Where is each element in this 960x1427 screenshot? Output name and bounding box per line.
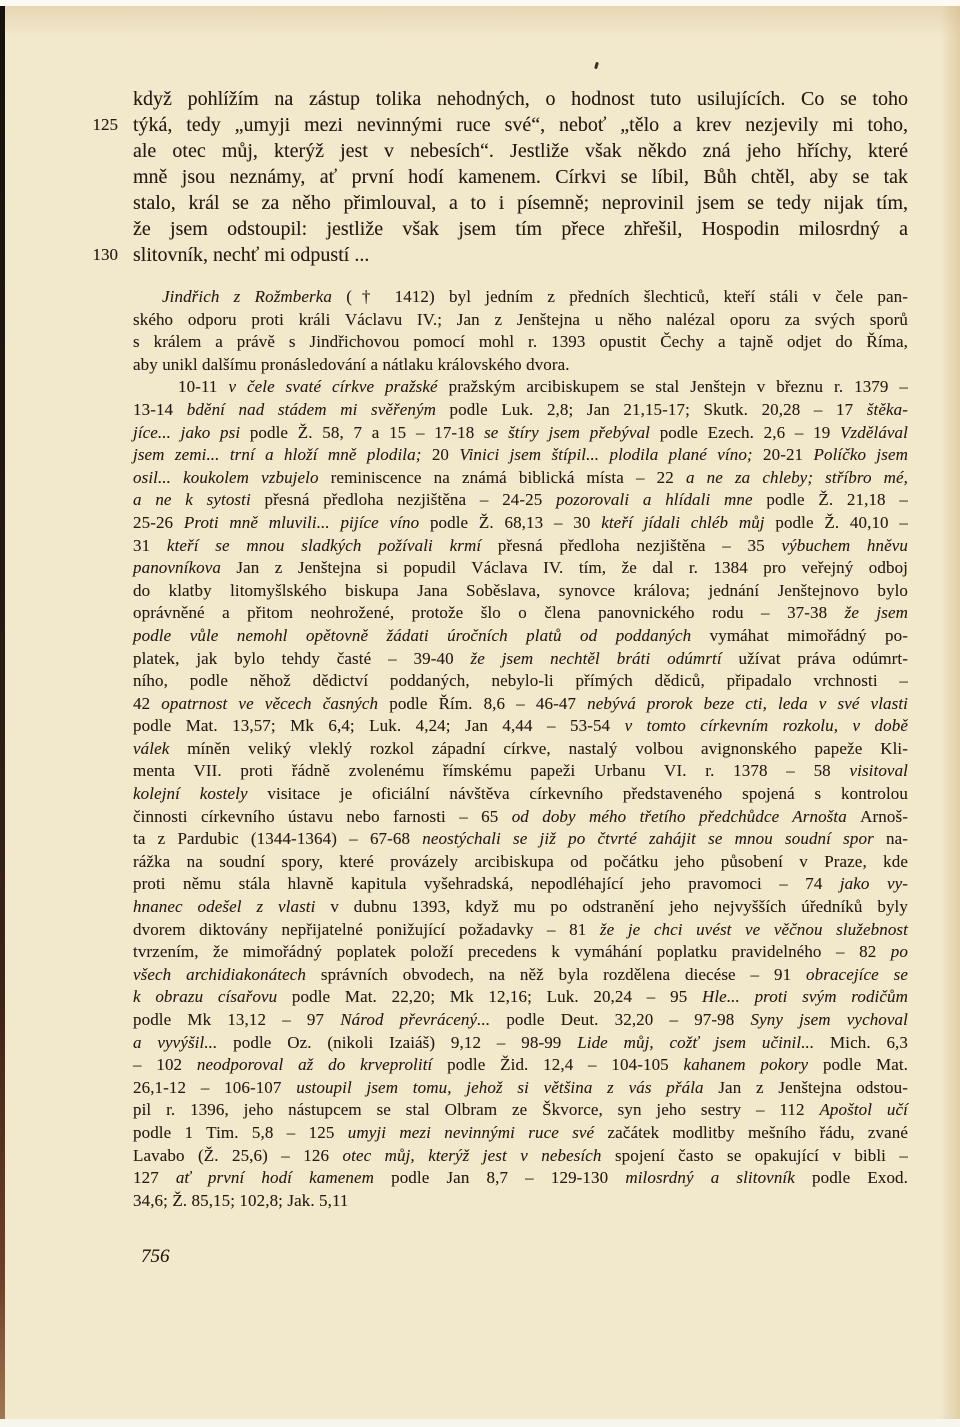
- commentary-line: a ne k sytosti přesná předloha nezjištěn…: [133, 489, 908, 512]
- book-page-scan: { "page": { "number": "756", "colors": {…: [0, 0, 960, 1427]
- commentary-line: podle Mat. 13,57; Mk 6,4; Luk. 4,24; Jan…: [133, 715, 908, 738]
- commentary-line: Jindřich z Rožmberka († 1412) byl jedním…: [133, 286, 908, 309]
- right-page-shading: [940, 0, 960, 1427]
- left-page-edge: [0, 5, 5, 1427]
- ink-speck: [594, 62, 599, 70]
- commentary-line: s králem a právě s Jindřichovou pomocí m…: [133, 331, 908, 354]
- commentary-line: do klatby litomyšlského biskupa Jana Sob…: [133, 580, 908, 603]
- main-text-line: že jsem odstoupil: jestliže však jsem tí…: [133, 216, 908, 242]
- commentary-line: ního, podle něhož dědictví poddaných, ne…: [133, 670, 908, 693]
- page-number: 756: [141, 1246, 170, 1268]
- commentary-line: aby unikl dalšímu pronásledování a nátla…: [133, 354, 908, 377]
- main-text-line: ale otec můj, kterýž jest v nebesích“. J…: [133, 138, 908, 164]
- commentary-line: k obrazu císařovu podle Mat. 22,20; Mk 1…: [133, 986, 908, 1009]
- main-text-line: stalo, král se za něho přimlouval, a to …: [133, 190, 908, 216]
- commentary-line: oprávněné a přitom neohrožené, protože š…: [133, 602, 908, 625]
- commentary-line: podle Mk 13,12 – 97 Národ převrácený... …: [133, 1009, 908, 1032]
- commentary-line: osil... koukolem vzbujelo reminiscence n…: [133, 467, 908, 490]
- commentary-line: podle vůle nemohl opětovně žádati úroční…: [133, 625, 908, 648]
- commentary-line: jsem zemi... trní a hloží mně plodila; 2…: [133, 444, 908, 467]
- commentary-line: hnanec odešel z vlasti v dubnu 1393, kdy…: [133, 896, 908, 919]
- commentary-line: podle 1 Tim. 5,8 – 125 umyji mezi nevinn…: [133, 1122, 908, 1145]
- scanner-top-strip: [0, 0, 960, 6]
- main-text: když pohlížím na zástup tolika nehodných…: [133, 86, 908, 268]
- commentary-line: menta VII. proti řádně zvolenému římském…: [133, 760, 908, 783]
- commentary-line: 127 ať první hodí kamenem podle Jan 8,7 …: [133, 1167, 908, 1190]
- commentary-line: 42 opatrnost ve věcech časných podle Řím…: [133, 693, 908, 716]
- commentary-line: jíce... jako psi podle Ž. 58, 7 a 15 – 1…: [133, 422, 908, 445]
- scanner-bottom-strip: [0, 1419, 960, 1427]
- commentary-line: proti němu stála hlavně kapitula vyšehra…: [133, 873, 908, 896]
- margin-line-number: 130: [84, 242, 118, 268]
- commentary: Jindřich z Rožmberka († 1412) byl jedním…: [133, 286, 908, 1212]
- commentary-line: 26,1-12 – 106-107 ustoupil jsem tomu, je…: [133, 1077, 908, 1100]
- margin-line-number: 125: [84, 112, 118, 138]
- commentary-line: 34,6; Ž. 85,15; 102,8; Jak. 5,11: [133, 1190, 908, 1213]
- commentary-line: činnosti církevního ústavu nebo farnosti…: [133, 806, 908, 829]
- commentary-line: dvorem diktovány nepřijatelné ponižující…: [133, 919, 908, 942]
- main-text-line: mně jsou neznámy, ať první hodí kamenem.…: [133, 164, 908, 190]
- commentary-line: ského odporu proti králi Václavu IV.; Ja…: [133, 309, 908, 332]
- commentary-line: 13-14 bdění nad stádem mi svěřeným podle…: [133, 399, 908, 422]
- page-top-shading: [0, 6, 960, 36]
- main-text-line: když pohlížím na zástup tolika nehodných…: [133, 86, 908, 112]
- commentary-line: rážka na soudní spory, které provázely a…: [133, 851, 908, 874]
- commentary-line: panovníkova Jan z Jenštejna si popudil V…: [133, 557, 908, 580]
- commentary-line: všech archidiakonátech správních obvodec…: [133, 964, 908, 987]
- commentary-line: 10-11 v čele svaté církve pražské pražsk…: [133, 376, 908, 399]
- commentary-line: válek míněn veliký vleklý rozkol západní…: [133, 738, 908, 761]
- commentary-line: ta z Pardubic (1344-1364) – 67-68 neostý…: [133, 828, 908, 851]
- commentary-line: tvrzením, že mimořádný poplatek položí p…: [133, 941, 908, 964]
- commentary-line: 31 kteří se mnou sladkých požívali krmí …: [133, 535, 908, 558]
- commentary-line: – 102 neodporoval až do krveprolití podl…: [133, 1054, 908, 1077]
- commentary-line: Lavabo (Ž. 25,6) – 126 otec můj, kterýž …: [133, 1145, 908, 1168]
- commentary-line: a vyvýšil... podle Oz. (nikoli Izaiáš) 9…: [133, 1032, 908, 1055]
- commentary-line: pil r. 1396, jeho nástupcem se stal Olbr…: [133, 1099, 908, 1122]
- commentary-line: 25-26 Proti mně mluvili... pijíce víno p…: [133, 512, 908, 535]
- commentary-line: platek, jak bylo tehdy časté – 39-40 že …: [133, 648, 908, 671]
- commentary-line: kolejní kostely visitace je oficiální ná…: [133, 783, 908, 806]
- main-text-line: slitovník, nechť mi odpustí ...: [133, 242, 908, 268]
- main-text-line: týká, tedy „umyji mezi nevinnými ruce sv…: [133, 112, 908, 138]
